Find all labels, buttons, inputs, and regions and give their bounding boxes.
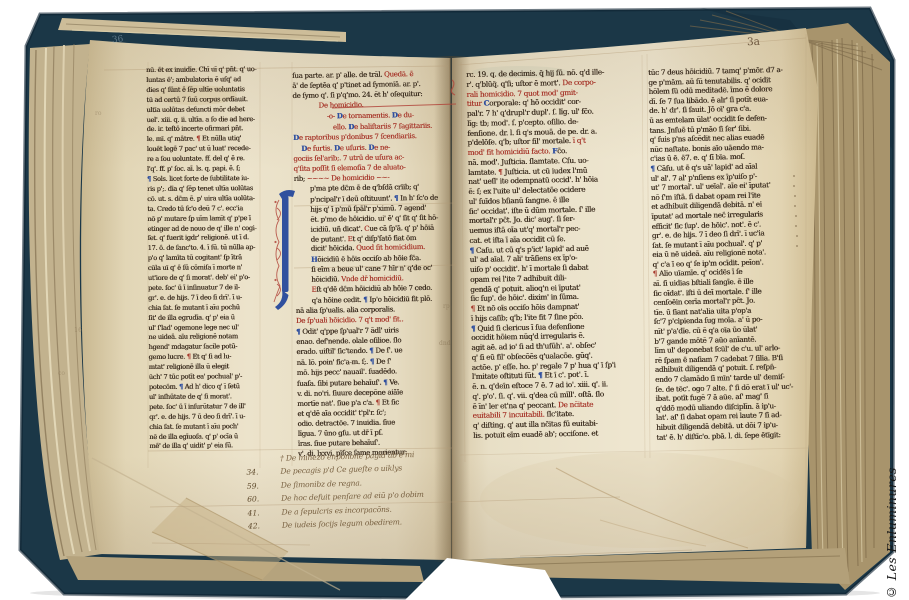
margin-scribble: ro <box>95 110 101 117</box>
right-page-column-1: rc. 19. q. de decimis. q̄ hij ſū. nō. q'… <box>466 67 649 452</box>
manuscript-photo: nū. ēt ex inuidīe. Chī uī q' pn̄t. q' uo… <box>0 0 909 600</box>
left-page-column-2: ſua parte. ar. p' alle. de trāl. Quedā. … <box>292 69 460 459</box>
note-number: 59. <box>237 481 259 495</box>
illuminated-initial-I <box>271 186 297 326</box>
folio-number: 3a <box>747 36 760 48</box>
right-page-column-2: tūc 7 deus hōicidiū. 7 tamq' p'mōr. d7 a… <box>648 64 820 446</box>
marginal-notes-list: † De mihezo enponone pagid ab'e'mi34.De … <box>236 448 473 535</box>
margin-scribble: rp <box>443 303 450 310</box>
text-line: nū. ēt ex inuidīe. Chī uī q' pn̄t. q' uo… <box>146 65 262 76</box>
text-line: cō. ut. s. dc̄m ē. p' uira ultīa uolūta- <box>147 194 263 205</box>
margin-scribble: 16 <box>74 326 82 334</box>
note-number: 34. <box>236 468 258 482</box>
text-line: lis. potuit eīm euadē ab'; occiſone. et <box>473 427 649 440</box>
text-line: mē' de illa q' uidit' p' eia ſū. <box>149 441 265 452</box>
text-line: tū ad certū 7 ſuū corpus ordīauit. <box>146 95 262 106</box>
note-number: 42. <box>238 521 260 535</box>
text-line: uel'. xiii. q. ii. ultīa. a ſo die ad he… <box>146 115 262 126</box>
margin-scribble: dnd <box>439 340 451 347</box>
photo-credit: © Les Enluminures <box>884 426 904 600</box>
text-line: ut'iore de q' ſi morat'. deb' ei' p'o- <box>148 273 264 284</box>
margin-scribble: co <box>58 370 65 377</box>
text-line: louēt legē 7 pac' ut ū luat' recede- <box>147 144 263 155</box>
note-number <box>236 454 258 468</box>
left-page-column-1: nū. ēt ex inuidīe. Chī uī q' pn̄t. q' uo… <box>146 65 265 454</box>
faint-foliation-mark: 36 <box>112 34 124 45</box>
note-number: 41. <box>237 508 259 522</box>
text-line: 17. ō. de ſanc'to. 4. ī ſū. tū nūlla ap- <box>148 243 264 254</box>
penwork-flourish <box>274 200 281 302</box>
note-number: 60. <box>237 495 259 509</box>
